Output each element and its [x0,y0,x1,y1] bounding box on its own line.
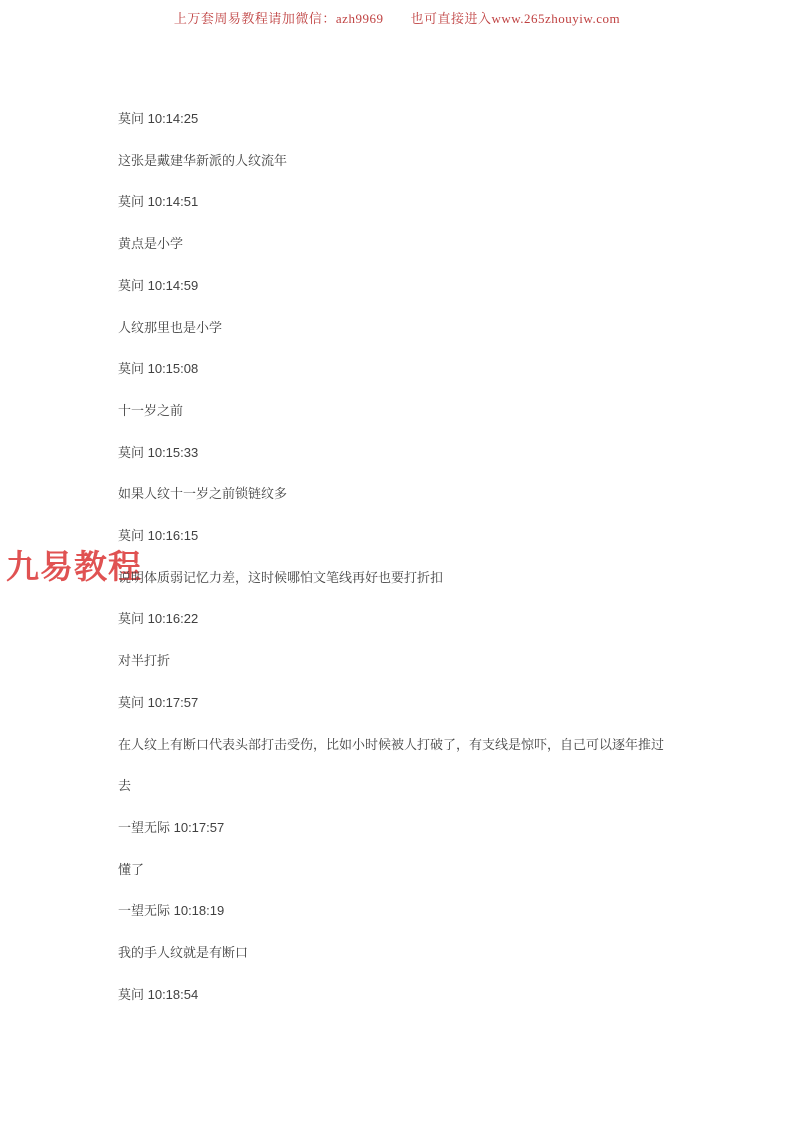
chat-line: 十一岁之前 [118,390,676,432]
chat-line: 莫问 10:16:22 [118,598,676,640]
chat-line: 懂了 [118,849,676,891]
chat-line: 如果人纹十一岁之前锁链纹多 [118,473,676,515]
chat-line: 莫问 10:14:51 [118,181,676,223]
chat-line: 在人纹上有断口代表头部打击受伤，比如小时候被人打破了，有支线是惊吓，自己可以逐年… [118,724,676,766]
chat-line: 我的手人纹就是有断口 [118,932,676,974]
chat-line: 一望无际 10:17:57 [118,807,676,849]
chat-line: 莫问 10:14:59 [118,265,676,307]
chat-line: 莫问 10:18:54 [118,974,676,1016]
document-page: 上万套周易教程请加微信：azh9969 也可直接进入www.265zhouyiw… [0,0,794,1123]
chat-line: 这张是戴建华新派的人纹流年 [118,140,676,182]
chat-line: 莫问 10:16:15 [118,515,676,557]
chat-line: 说明体质弱记忆力差，这时候哪怕文笔线再好也要打折扣 [118,557,676,599]
chat-line: 黄点是小学 [118,223,676,265]
chat-line: 对半打折 [118,640,676,682]
chat-log: 莫问 10:14:25这张是戴建华新派的人纹流年莫问 10:14:51黄点是小学… [0,0,794,1015]
chat-line: 一望无际 10:18:19 [118,890,676,932]
chat-line: 莫问 10:15:33 [118,432,676,474]
chat-line: 人纹那里也是小学 [118,307,676,349]
chat-line: 莫问 10:17:57 [118,682,676,724]
chat-line: 去 [118,765,676,807]
page-header-note: 上万套周易教程请加微信：azh9969 也可直接进入www.265zhouyiw… [0,8,794,27]
chat-line: 莫问 10:15:08 [118,348,676,390]
chat-line: 莫问 10:14:25 [118,98,676,140]
